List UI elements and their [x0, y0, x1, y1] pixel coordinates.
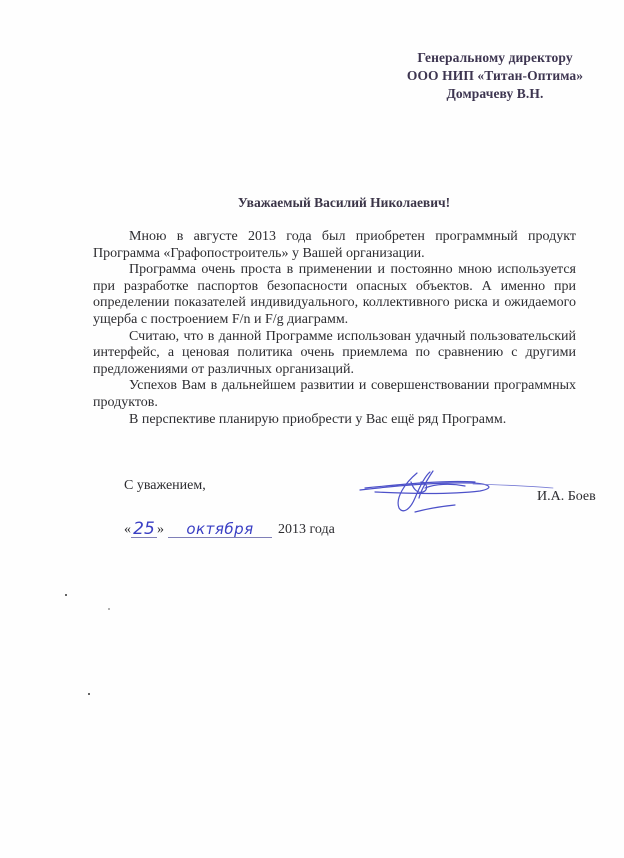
addressee-name: Домрачеву В.Н.: [390, 85, 600, 103]
scan-speck: [65, 594, 67, 596]
paragraph-usage: Программа очень проста в применении и по…: [93, 262, 576, 328]
paragraph-purchase: Мною в августе 2013 года был приобретен …: [93, 229, 576, 262]
date-month-handwritten: октября: [168, 521, 272, 538]
paragraph-wishes: Успехов Вам в дальнейшем развитии и сове…: [93, 378, 576, 411]
addressee-block: Генеральному директору ООО НИП «Титан-Оп…: [390, 49, 600, 103]
date-open-quote: «: [124, 522, 131, 538]
date-day-handwritten: 25: [131, 521, 157, 538]
letter-date: « 25 » октября 2013 года: [124, 521, 335, 538]
letter-body: Мною в августе 2013 года был приобретен …: [93, 229, 576, 428]
date-year: 2013 года: [278, 522, 335, 538]
scan-speck: [108, 608, 110, 610]
addressee-company: ООО НИП «Титан-Оптима»: [390, 67, 600, 85]
salutation: Уважаемый Василий Николаевич!: [0, 195, 624, 211]
paragraph-interface: Считаю, что в данной Программе использов…: [93, 329, 576, 379]
closing-phrase: С уважением,: [124, 478, 206, 494]
paragraph-future: В перспективе планирую приобрести у Вас …: [93, 412, 576, 429]
letter-page: Генеральному директору ООО НИП «Титан-Оп…: [0, 0, 624, 858]
signatory-name: И.А. Боев: [537, 489, 596, 505]
addressee-position: Генеральному директору: [390, 49, 600, 67]
scan-speck: [88, 693, 90, 695]
date-close-quote: »: [157, 522, 164, 538]
signature-icon: [355, 468, 555, 518]
